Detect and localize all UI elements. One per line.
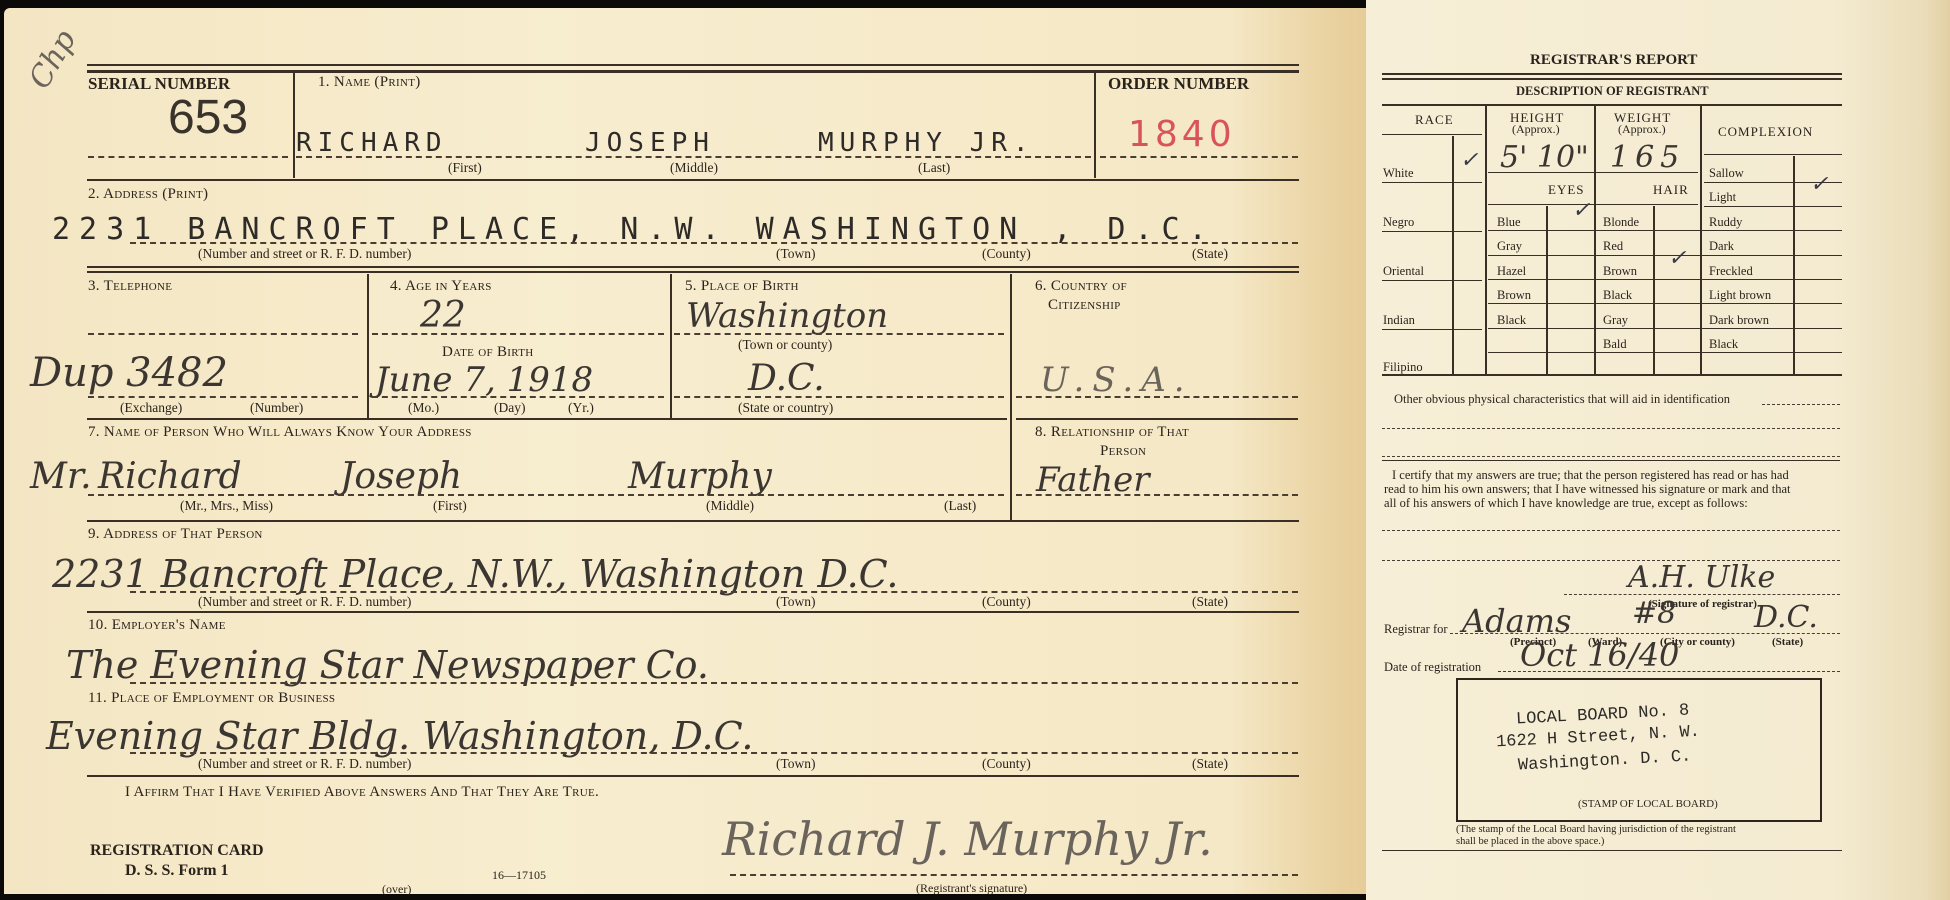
row-rule <box>87 775 1299 777</box>
caption-state: (State) <box>1192 246 1228 262</box>
caption-first: (First) <box>433 498 467 514</box>
telephone-value: Dup 3482 <box>30 350 228 396</box>
height-value: 5' 10" <box>1500 140 1589 175</box>
caption-state: (State) <box>1192 594 1228 610</box>
age-label: 4. Age in Years <box>390 278 492 295</box>
contact-address-value: 2231 Bancroft Place, N.W., Washington D.… <box>52 552 898 596</box>
col-divider <box>1653 206 1655 374</box>
eyes-blue-check: ✓ <box>1572 198 1590 223</box>
rule <box>1382 78 1842 80</box>
dotted-line <box>1382 456 1840 457</box>
pob-underline-1 <box>674 333 1004 335</box>
rule <box>1382 329 1482 330</box>
divider <box>293 73 295 178</box>
citizenship-label-1: 6. Country of <box>1035 278 1127 295</box>
caption-middle: (Middle) <box>706 498 754 514</box>
employer-value: The Evening Star Newspaper Co. <box>66 643 709 687</box>
eyes-brown: Brown <box>1497 288 1531 303</box>
signature-underline <box>730 874 1298 876</box>
race-oriental: Oriental <box>1383 264 1424 279</box>
complexion-sallow: Sallow <box>1709 166 1744 181</box>
relationship-label-1: 8. Relationship of That <box>1035 424 1189 441</box>
other-characteristics-label: Other obvious physical characteristics t… <box>1394 392 1730 407</box>
telephone-underline-2 <box>88 396 358 398</box>
order-underline <box>1100 156 1298 158</box>
complexion-light-check: ✓ <box>1810 172 1828 197</box>
complexion-light-brown: Light brown <box>1709 288 1771 303</box>
complexion-light: Light <box>1709 190 1736 205</box>
col-divider <box>1700 106 1702 374</box>
name-middle: JOSEPH <box>585 128 715 158</box>
citizenship-underline <box>1016 396 1298 398</box>
caption-town: (Town) <box>776 756 816 772</box>
place-of-birth-town: Washington <box>686 296 888 336</box>
employer-label: 10. Employer's Name <box>88 617 226 634</box>
divider <box>1010 274 1012 522</box>
description-subtitle: DESCRIPTION OF REGISTRANT <box>1516 84 1709 99</box>
col-divider <box>1594 106 1596 374</box>
caption-county: (County) <box>982 756 1031 772</box>
caption-town: (Town) <box>776 594 816 610</box>
caption-last: (Last) <box>944 498 976 514</box>
name-last: MURPHY JR. <box>818 128 1035 158</box>
pob-underline-2 <box>674 396 1004 398</box>
rule <box>1382 73 1842 75</box>
complexion-dark-brown: Dark brown <box>1709 313 1769 328</box>
divider <box>670 274 672 418</box>
rule <box>1382 280 1482 281</box>
hair-header: HAIR <box>1653 182 1689 198</box>
rule <box>1488 352 1842 353</box>
hair-brown-check: ✓ <box>1668 246 1686 271</box>
caption-town-or-county: (Town or county) <box>738 337 832 353</box>
caption-mo: (Mo.) <box>408 400 439 416</box>
hair-gray: Gray <box>1603 313 1628 328</box>
relationship-underline <box>1016 494 1298 496</box>
eyes-blue: Blue <box>1497 215 1521 230</box>
hair-blonde: Blonde <box>1603 215 1639 230</box>
affirmation-text: I Affirm That I Have Verified Above Answ… <box>125 784 599 801</box>
dob-label: Date of Birth <box>442 344 533 361</box>
caption-county: (County) <box>982 246 1031 262</box>
signature-caption: (Registrant's signature) <box>916 881 1027 896</box>
registrar-ward: #8 <box>1632 596 1676 631</box>
rule <box>1704 154 1842 155</box>
caption-street: (Number and street or R. F. D. number) <box>198 594 411 610</box>
telephone-label: 3. Telephone <box>88 278 172 295</box>
name-underline <box>296 156 1091 158</box>
top-rule-thick <box>87 70 1299 73</box>
weight-value: 165 <box>1610 140 1685 175</box>
dob-underline <box>372 396 664 398</box>
employer-underline <box>130 682 1298 684</box>
rule <box>1704 206 1842 207</box>
registrars-report-title: REGISTRAR'S REPORT <box>1530 52 1697 69</box>
date-line <box>1498 671 1840 672</box>
complexion-ruddy: Ruddy <box>1709 215 1742 230</box>
rule <box>1488 303 1842 304</box>
race-indian: Indian <box>1383 313 1415 328</box>
hair-red: Red <box>1603 239 1623 254</box>
over-note: (over) <box>382 882 411 897</box>
order-number-label: ORDER NUMBER <box>1108 74 1249 94</box>
eyes-hazel: Hazel <box>1497 264 1526 279</box>
contact-title: Mr. <box>30 456 92 497</box>
rule <box>1382 182 1482 183</box>
contact-underline <box>88 494 1004 496</box>
registrar-for-line <box>1450 633 1840 634</box>
rule <box>1382 104 1842 106</box>
contact-first: Richard <box>98 456 242 497</box>
race-header: RACE <box>1415 112 1454 128</box>
race-filipino: Filipino <box>1383 360 1423 375</box>
relationship-label-2: Person <box>1100 443 1146 460</box>
caption-street: (Number and street or R. F. D. number) <box>198 246 411 262</box>
rule <box>1382 231 1482 232</box>
place-of-employment-label: 11. Place of Employment or Business <box>88 690 335 707</box>
row-rule <box>87 418 1007 420</box>
registrar-signature: A.H. Ulke <box>1628 560 1775 595</box>
caption-state: (State) <box>1192 756 1228 772</box>
telephone-underline-1 <box>88 333 358 335</box>
name-label: 1. Name (Print) <box>318 74 421 91</box>
rule <box>1704 182 1842 183</box>
row-rule <box>87 179 1299 181</box>
employment-underline <box>130 752 1298 754</box>
row-rule <box>87 520 1299 522</box>
caption-yr: (Yr.) <box>568 400 594 416</box>
weight-sub: (Approx.) <box>1618 122 1666 137</box>
age-underline <box>372 333 664 335</box>
order-number-value: 1840 <box>1128 114 1236 155</box>
eyes-header: EYES <box>1548 182 1585 198</box>
rule <box>1488 279 1842 280</box>
complexion-header: COMPLEXION <box>1718 124 1813 140</box>
caption-title: (Mr., Mrs., Miss) <box>180 498 273 514</box>
col-divider <box>1452 136 1454 374</box>
caption-number: (Number) <box>250 400 303 416</box>
race-white-check: ✓ <box>1460 148 1478 173</box>
dob-value: June 7, 1918 <box>375 360 593 400</box>
rule <box>1488 204 1698 205</box>
rule <box>1488 255 1842 256</box>
dotted-line <box>1382 428 1840 429</box>
row-rule <box>87 266 1299 268</box>
rule <box>1488 172 1698 173</box>
complexion-dark: Dark <box>1709 239 1734 254</box>
citizenship-value: U.S.A. <box>1040 360 1193 400</box>
caption-exchange: (Exchange) <box>120 400 182 416</box>
date-of-registration-value: Oct 16/40 <box>1520 636 1679 674</box>
complexion-black: Black <box>1709 337 1738 352</box>
contact-address-underline <box>130 591 1298 593</box>
other-characteristics-line <box>1762 404 1840 405</box>
table-bottom-rule <box>1382 374 1842 376</box>
caption-day: (Day) <box>494 400 525 416</box>
race-white: White <box>1383 166 1414 181</box>
stamp-caption: (STAMP OF LOCAL BOARD) <box>1578 798 1718 810</box>
contact-middle: Joseph <box>340 456 462 497</box>
row-rule <box>1016 418 1298 420</box>
hair-bald: Bald <box>1603 337 1627 352</box>
rule <box>1488 328 1842 329</box>
rule <box>1382 460 1840 461</box>
col-divider <box>1546 206 1548 374</box>
registrar-for-label: Registrar for <box>1384 622 1448 637</box>
stamp-note-line-2: shall be placed in the above space.) <box>1456 836 1604 847</box>
certification-line-2: read to him his own answers; that I have… <box>1384 482 1791 497</box>
stamp-note-line-1: (The stamp of the Local Board having jur… <box>1456 824 1736 835</box>
complexion-freckled: Freckled <box>1709 264 1753 279</box>
serial-number-value: 653 <box>168 90 248 145</box>
address-label: 2. Address (Print) <box>88 186 208 203</box>
caption-state: (State) <box>1772 636 1803 648</box>
caption-county: (County) <box>982 594 1031 610</box>
registrar-state: D.C. <box>1754 600 1818 635</box>
place-of-birth-label: 5. Place of Birth <box>685 278 799 295</box>
place-of-birth-state: D.C. <box>748 358 825 399</box>
registrar-precinct: Adams <box>1462 602 1571 640</box>
registrar-signature-line <box>1564 594 1840 595</box>
hair-black: Black <box>1603 288 1632 303</box>
form-number: D. S. S. Form 1 <box>125 862 229 880</box>
contact-last: Murphy <box>628 456 772 497</box>
caption-state-or-country: (State or country) <box>738 400 833 416</box>
rule <box>1382 134 1482 135</box>
serial-underline <box>88 156 288 158</box>
col-divider <box>1485 106 1487 374</box>
eyes-black: Black <box>1497 313 1526 328</box>
row-rule <box>87 611 1299 613</box>
bottom-rule <box>1382 850 1842 851</box>
divider <box>1094 73 1096 178</box>
caption-last: (Last) <box>918 160 950 176</box>
caption-first: (First) <box>448 160 482 176</box>
name-first: RICHARD <box>296 128 448 158</box>
caption-town: (Town) <box>776 246 816 262</box>
hair-brown: Brown <box>1603 264 1637 279</box>
caption-middle: (Middle) <box>670 160 718 176</box>
certification-line-1: I certify that my answers are true; that… <box>1392 468 1789 483</box>
contact-address-label: 9. Address of That Person <box>88 526 263 543</box>
race-negro: Negro <box>1383 215 1414 230</box>
dotted-line <box>1382 530 1840 531</box>
top-rule <box>87 64 1299 66</box>
certification-line-3: all of his answers of which I have knowl… <box>1384 496 1748 511</box>
address-underline <box>130 242 1298 244</box>
form-title: REGISTRATION CARD <box>90 842 264 860</box>
age-value: 22 <box>420 295 466 336</box>
eyes-gray: Gray <box>1497 239 1522 254</box>
row-rule <box>87 271 1299 273</box>
registrant-signature: Richard J. Murphy Jr. <box>722 812 1213 866</box>
contact-person-label: 7. Name of Person Who Will Always Know Y… <box>88 424 472 441</box>
height-sub: (Approx.) <box>1512 122 1560 137</box>
citizenship-label-2: Citizenship <box>1048 297 1121 314</box>
rule <box>1488 230 1842 231</box>
divider <box>367 274 369 418</box>
date-of-registration-label: Date of registration <box>1384 660 1481 675</box>
print-code: 16—17105 <box>492 868 546 883</box>
col-divider <box>1793 156 1795 374</box>
caption-street: (Number and street or R. F. D. number) <box>198 756 411 772</box>
